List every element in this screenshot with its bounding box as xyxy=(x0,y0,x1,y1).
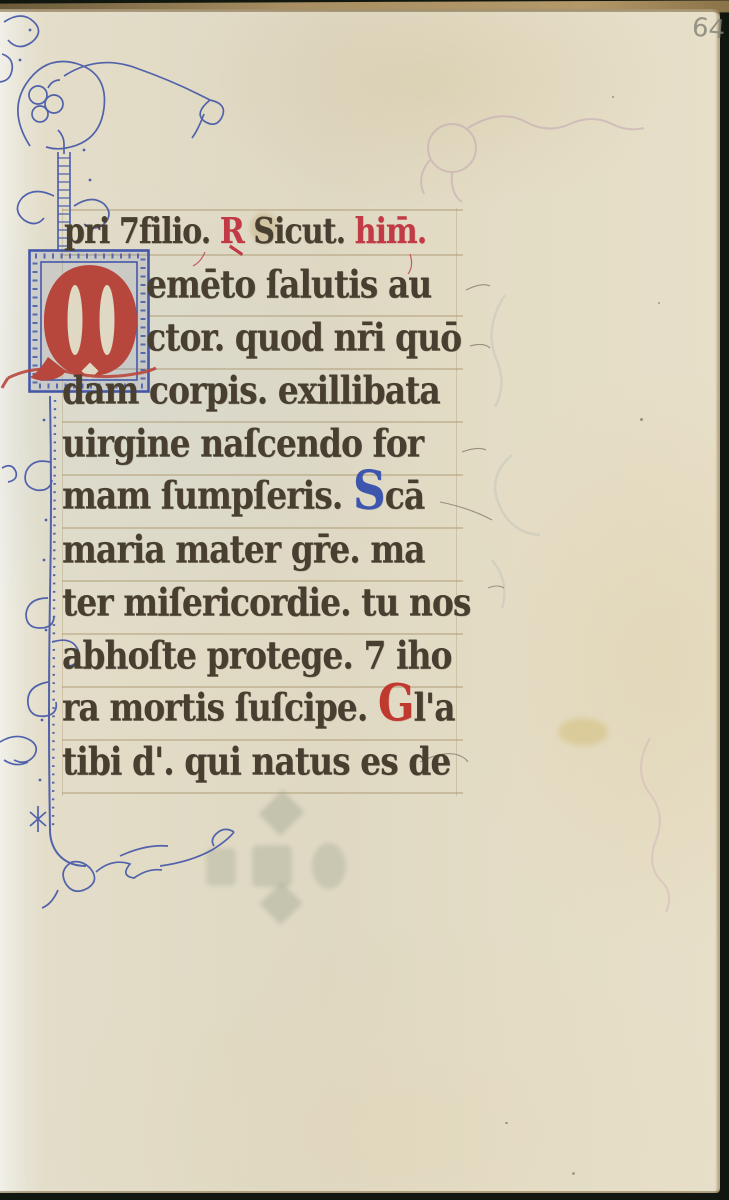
manuscript-line: maria mater gr̄e. ma xyxy=(62,527,425,573)
blue-initial-s: S xyxy=(353,460,385,523)
folio-number: 64 xyxy=(691,13,727,46)
line-text: ra mortis ſuſcipe. xyxy=(62,685,378,731)
manuscript-photo: M xyxy=(0,0,729,1200)
line-text: l'a xyxy=(414,685,455,731)
manuscript-line: emēto ſalutis au xyxy=(146,262,431,308)
manuscript-line: dam corpis. exillibata xyxy=(62,368,440,414)
line-text: maria mater gr̄e. ma xyxy=(62,527,425,573)
manuscript-line: pri 7filio. R Sicut. him̄. xyxy=(64,211,426,252)
line-text: dam corpis. exillibata xyxy=(62,368,440,414)
response-sign: R xyxy=(220,211,244,252)
line-text: abhoſte protege. 7 iho xyxy=(62,633,452,679)
manuscript-line: tibi d'. qui natus es de xyxy=(62,739,450,785)
manuscript-line: abhoſte protege. 7 iho xyxy=(62,633,452,679)
red-initial-g: G xyxy=(378,674,414,733)
manuscript-line: ra mortis ſuſcipe. Gl'a xyxy=(62,685,455,731)
line-text: ter miſericordie. tu nos xyxy=(62,580,471,626)
line-text: tibi d'. qui natus es de xyxy=(62,739,450,785)
line-text: mam ſumpſeris. xyxy=(62,473,353,519)
rubric-text: him̄. xyxy=(355,211,427,252)
text-block: pri 7filio. R Sicut. him̄. emēto ſalutis… xyxy=(0,0,729,1200)
line-text: Sicut. xyxy=(244,211,355,252)
line-text: emēto ſalutis au xyxy=(146,262,431,308)
manuscript-line: mam ſumpſeris. Scā xyxy=(62,473,424,519)
line-text: pri 7filio. xyxy=(64,211,220,252)
line-text: cā xyxy=(385,473,425,519)
manuscript-line: ctor. quod nr̄i quō xyxy=(146,315,461,361)
line-text: ctor. quod nr̄i quō xyxy=(146,315,461,361)
manuscript-line: ter miſericordie. tu nos xyxy=(62,580,471,626)
